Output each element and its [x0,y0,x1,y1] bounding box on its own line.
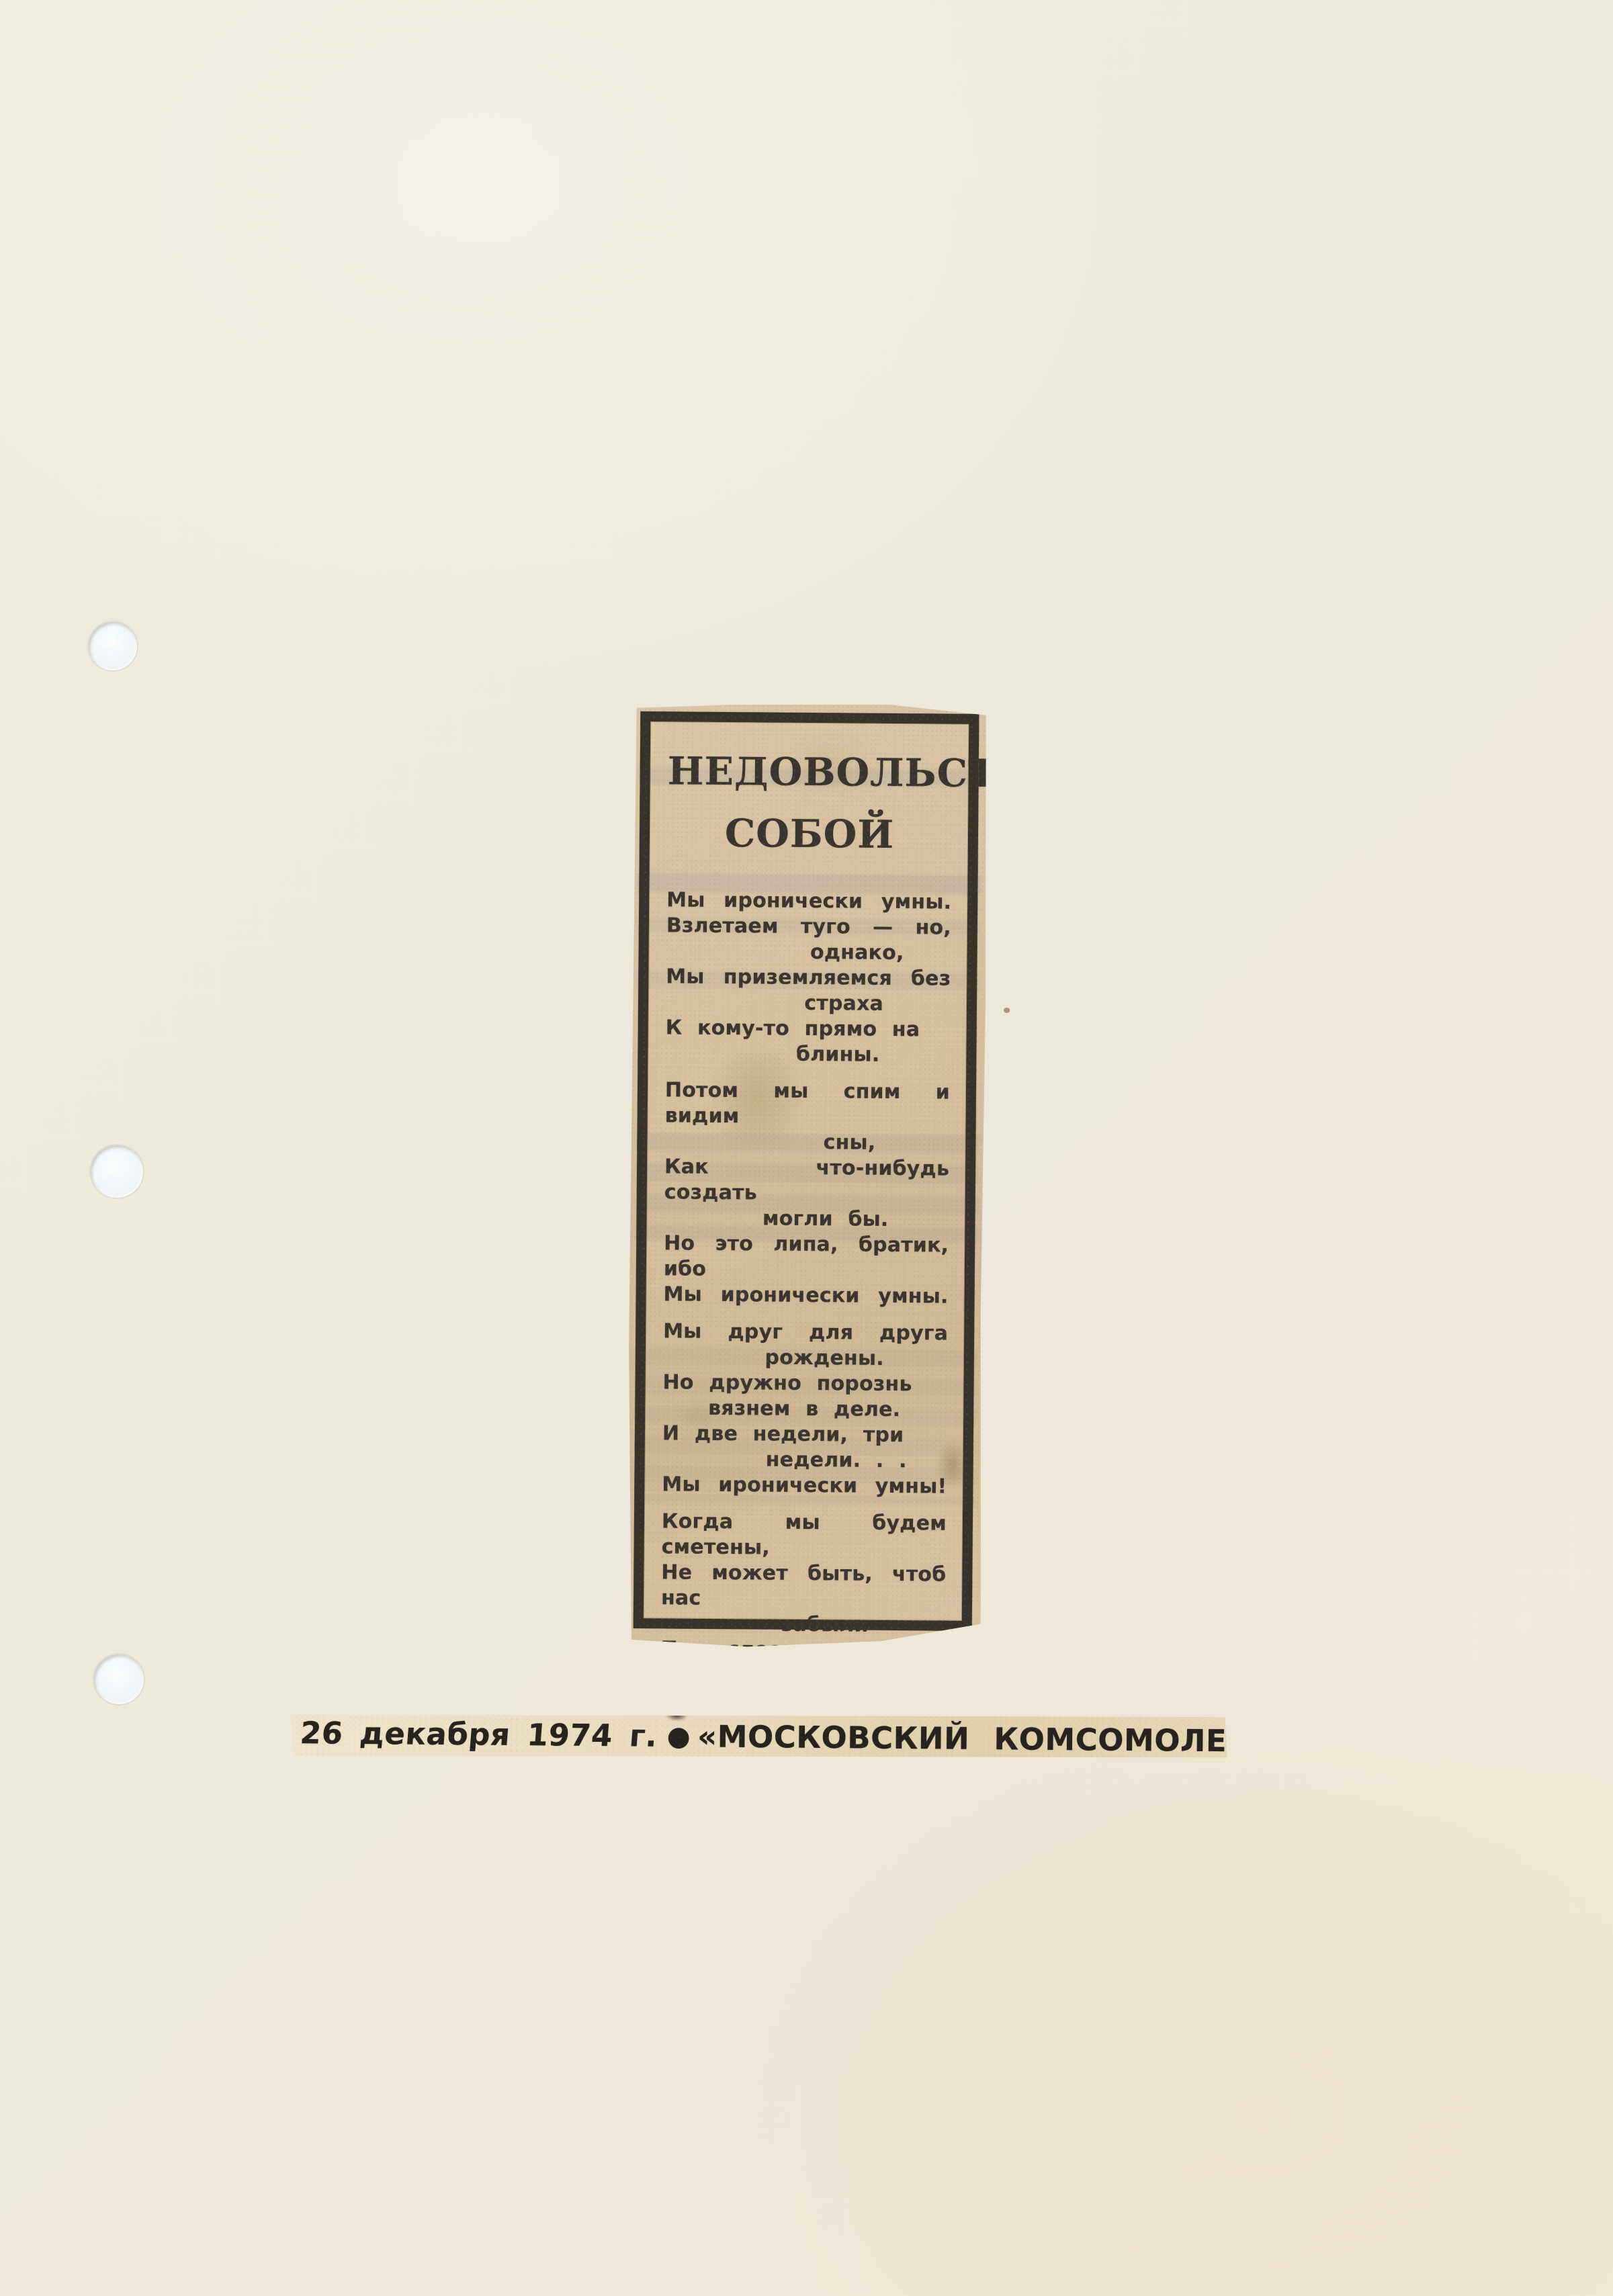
article-title: НЕДОВОЛЬСТВО СОБОЙ [667,740,953,867]
poem-line: Взлетаем туго — но, [666,913,951,940]
poem-line: недели. . . [662,1446,947,1474]
poem-line: сны, [664,1129,949,1156]
poem-line: страха [666,989,951,1017]
article-title-line1: НЕДОВОЛЬСТВО [667,740,953,805]
issue-date: 26 декабря 1974 г. [299,1715,659,1754]
poem-line: К кому-то прямо на [666,1015,951,1043]
bullet-icon: ● [667,1720,691,1751]
poem-line: забыли [661,1611,946,1638]
punch-hole [89,622,137,670]
source-strip: 26 декабря 1974 г.●«МОСКОВСКИЙ КОМСОМОЛЕ… [288,1709,1228,1764]
poem-line: были [660,1687,945,1715]
poem-line: Но это липа, братик, ибо [664,1231,949,1284]
poem-line: вязнем в деле. [662,1395,947,1423]
article-title-line2: СОБОЙ [667,803,953,867]
poem-line: Мы иронически умны. [663,1282,948,1309]
poem-line: Мы приземляемся без [666,964,951,991]
poem-line: И две недели, три [662,1421,947,1448]
punch-hole [94,1654,144,1704]
poem-line: Когда мы будем сметены, [662,1509,947,1562]
newspaper-clipping: НЕДОВОЛЬСТВО СОБОЙ Мы иронически умны.Вз… [626,703,988,1648]
poem-line: Не может быть, чтоб нас [661,1560,947,1613]
publication-name: «МОСКОВСКИЙ КОМСОМОЛЕЦ» [697,1718,1275,1759]
clipping-border-frame: НЕДОВОЛЬСТВО СОБОЙ Мы иронически умны.Вз… [634,711,979,1631]
poem-line: рождены. [663,1344,948,1372]
poem-line: Потом мы спим и видим [665,1077,951,1131]
poem-line: блины. [665,1041,950,1068]
poem-line: могли бы. [664,1205,949,1233]
poem-line: Но дружно порознь [662,1370,947,1397]
poem-line: Мы друг для друга [663,1319,948,1346]
poem-line: Под слоем пыли. Мы же [660,1636,946,1689]
punch-hole [91,1145,143,1198]
author-signature: Г. ПОГОЖЕВА. [660,1781,945,1808]
poem-text: Мы иронически умны.Взлетаем туго — но,од… [660,887,951,1766]
paper-speck [1004,1008,1010,1013]
poem-line: однако, [666,938,951,966]
scanned-archive-page: НЕДОВОЛЬСТВО СОБОЙ Мы иронически умны.Вз… [0,0,1613,2296]
poem-line: Как что-нибудь создать [664,1154,950,1207]
source-line: 26 декабря 1974 г.●«МОСКОВСКИЙ КОМСОМОЛЕ… [288,1715,1275,1759]
poem-line: Мы иронически умны. [666,887,951,915]
poem-line: Мы иронически умны! [662,1472,947,1499]
